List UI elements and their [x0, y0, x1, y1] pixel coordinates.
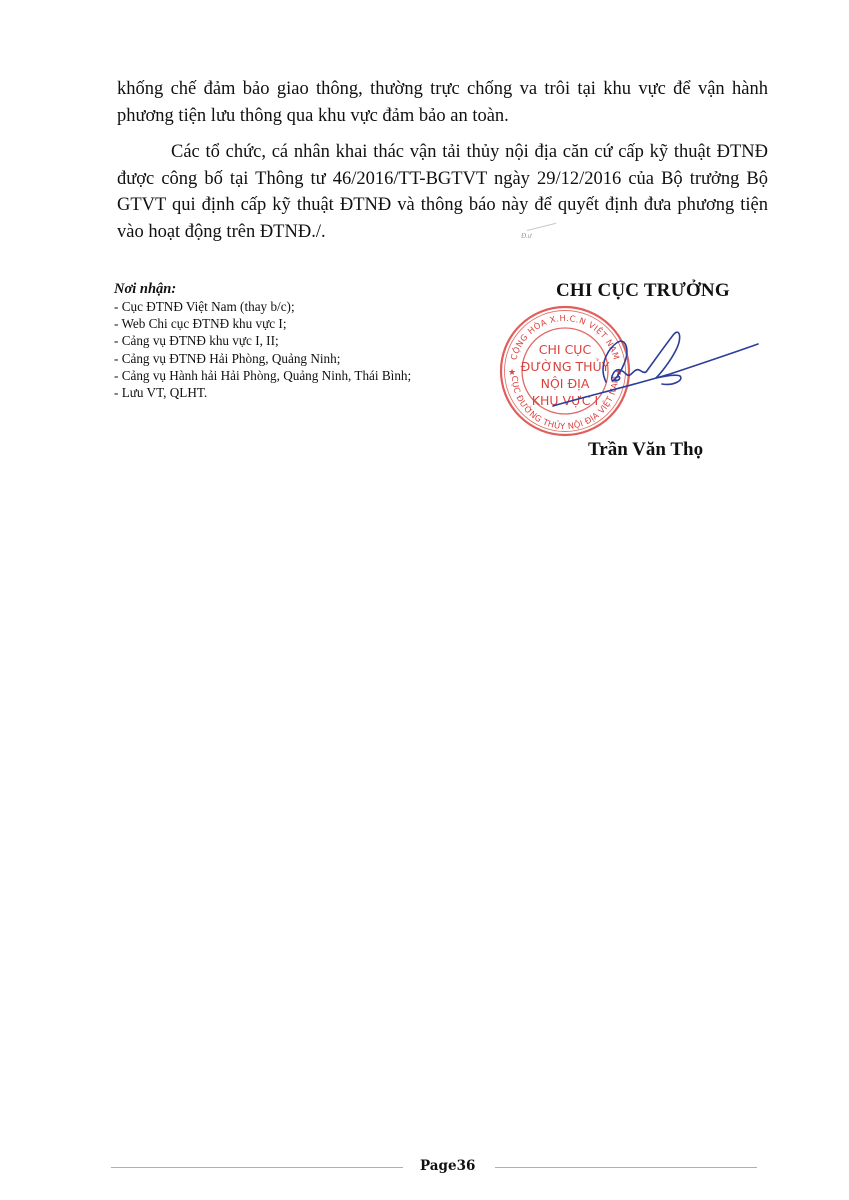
svg-text:KHU VỰC I: KHU VỰC I	[532, 393, 598, 408]
body-paragraph-2: Các tổ chức, cá nhân khai thác vận tải t…	[117, 139, 768, 245]
recipients-block: Nơi nhận: - Cục ĐTNĐ Việt Nam (thay b/c)…	[114, 281, 484, 401]
svg-text:CHI CỤC: CHI CỤC	[539, 342, 592, 357]
svg-text:ĐƯỜNG THỦY: ĐƯỜNG THỦY	[521, 358, 610, 374]
svg-text:★: ★	[508, 368, 516, 378]
svg-text:NỘI ĐỊA: NỘI ĐỊA	[541, 376, 590, 391]
page-number: Page36	[420, 1158, 475, 1174]
recipient-item: - Cục ĐTNĐ Việt Nam (thay b/c);	[114, 298, 484, 315]
recipient-item: - Cảng vụ ĐTNĐ khu vực I, II;	[114, 332, 484, 349]
signer-title: CHI CỤC TRƯỞNG	[556, 280, 730, 302]
recipient-item: - Cảng vụ ĐTNĐ Hải Phòng, Quảng Ninh;	[114, 350, 484, 367]
recipient-item: - Web Chi cục ĐTNĐ khu vực I;	[114, 315, 484, 332]
signature-block: CHI CỤC TRƯỞNG CỘNG HÒA X.H.C.N VIỆT NAM…	[490, 278, 780, 468]
document-page: khống chế đảm bảo giao thông, thường trự…	[0, 0, 849, 1200]
body-paragraph-1: khống chế đảm bảo giao thông, thường trự…	[117, 76, 768, 129]
footer-rule-left	[111, 1167, 403, 1168]
svg-text:★: ★	[615, 368, 623, 378]
signer-name: Trần Văn Thọ	[588, 439, 703, 461]
initials-mark: Đ.ư	[521, 232, 532, 240]
official-stamp-icon: CỘNG HÒA X.H.C.N VIỆT NAM CỤC ĐƯỜNG THỦY…	[498, 304, 632, 438]
recipient-item: - Lưu VT, QLHT.	[114, 384, 484, 401]
recipient-item: - Cảng vụ Hành hải Hải Phòng, Quảng Ninh…	[114, 367, 484, 384]
recipients-title: Nơi nhận:	[114, 281, 484, 298]
footer-rule-right	[495, 1167, 757, 1168]
